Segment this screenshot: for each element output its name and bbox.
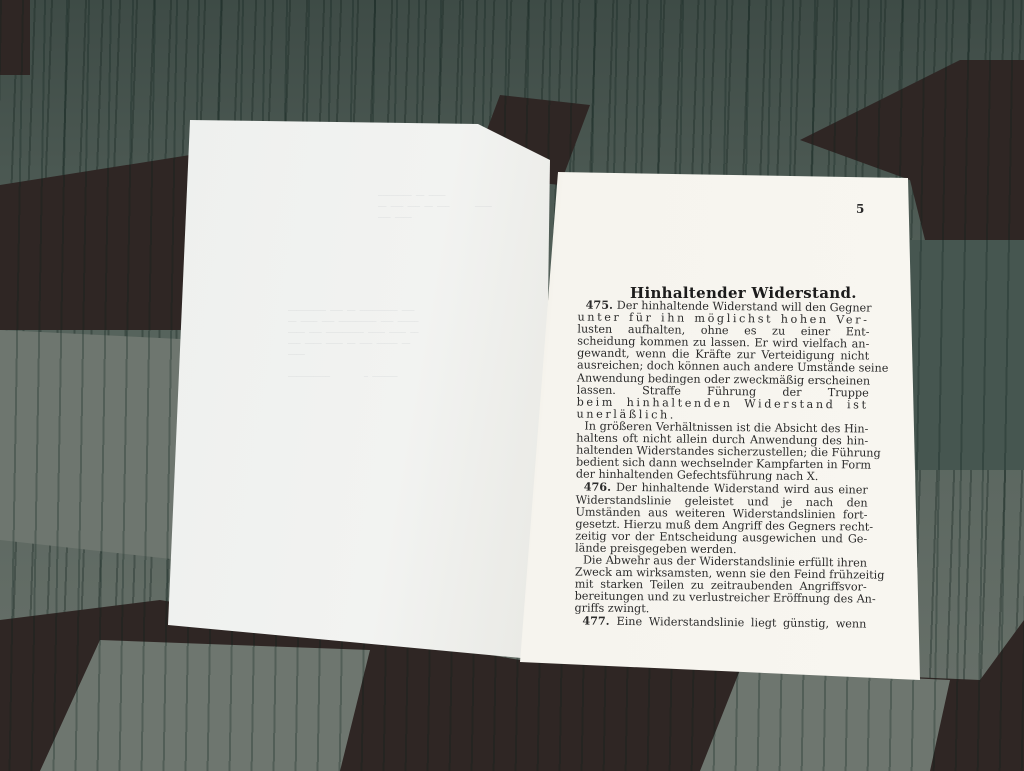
text-line: 477. Eine Widerstandslinie liegt günstig… — [574, 615, 866, 631]
show-through-text: ———————— —— ———— —— ——— ——— —— ——— ———— … — [378, 190, 492, 223]
photo-scene: ———————— —— ———— —— ——— ——— —— ——— ———— … — [0, 0, 1024, 771]
page-body-text: 475. Der hinhaltende Widerstand will den… — [574, 298, 869, 631]
booklet-right-page: 5 Hinhaltender Widerstand. 475. Der hinh… — [520, 172, 922, 682]
show-through-text: ————————— ——— —— ————————— ——— —— ———— —… — [288, 305, 419, 382]
paragraph-number: 477. — [582, 614, 616, 628]
camo-patch-brown-top-left — [0, 0, 30, 75]
page-number: 5 — [856, 202, 864, 216]
booklet-left-page: ———————— —— ———— —— ——— ——— —— ——— ———— … — [168, 120, 560, 660]
line-text: Eine Widerstandslinie liegt günstig, wen… — [617, 615, 867, 631]
camo-patch-grey-bottom-right — [700, 670, 950, 771]
camo-patch-green-right — [905, 240, 1024, 470]
